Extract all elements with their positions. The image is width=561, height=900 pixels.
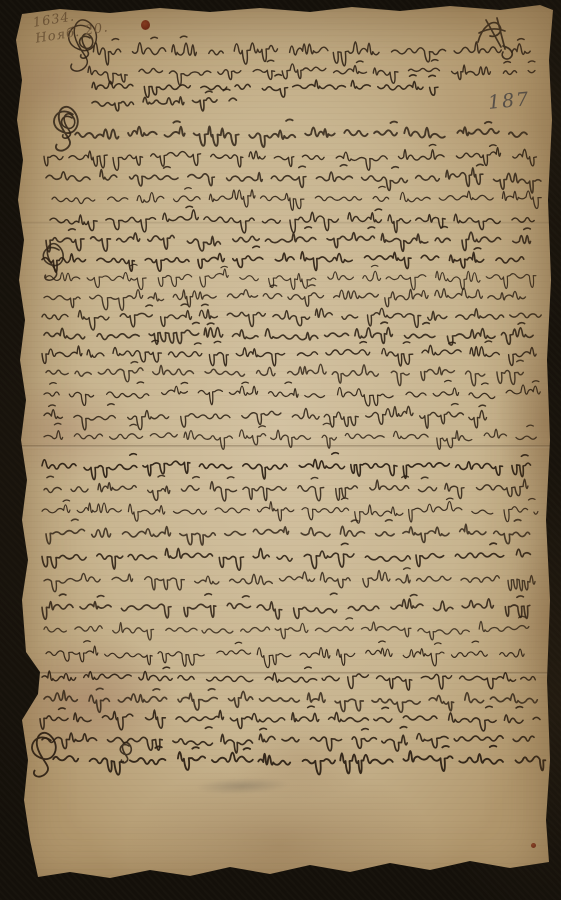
wax-spot	[141, 20, 150, 30]
fold-crease	[18, 222, 552, 225]
manuscript-handwriting-svg	[0, 0, 561, 900]
archivist-date-annotation: 1634. Нояб. 20.	[32, 4, 110, 47]
photo-backdrop: 1634. Нояб. 20. 187	[0, 0, 561, 900]
fold-crease	[18, 445, 552, 448]
fold-crease	[18, 672, 552, 675]
archival-ink-mark-icon	[0, 0, 561, 900]
pencil-smudge	[195, 776, 291, 795]
wax-spot	[531, 843, 536, 848]
folio-number: 187	[487, 88, 531, 114]
manuscript-paper-sheet: 1634. Нояб. 20. 187	[0, 0, 561, 900]
